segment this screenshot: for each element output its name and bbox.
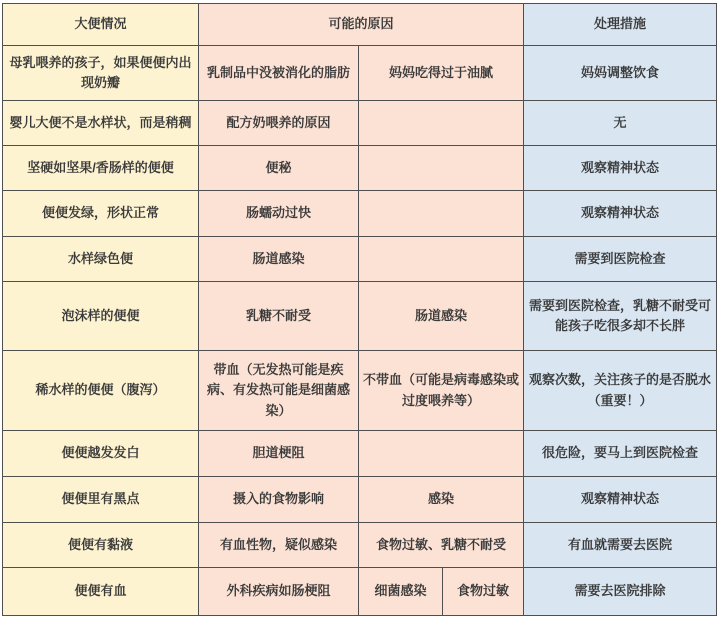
cell-situation: 便便里有黑点 [3,477,199,523]
cell-situation: 坚硬如坚果/香肠样的便便 [3,146,199,191]
cell-cause-2: 不带血（可能是病毒感染或过度喂养等） [359,351,524,431]
cell-action: 无 [524,101,717,146]
header-cause: 可能的原因 [199,4,524,46]
table-row: 便便有血 外科疾病如肠梗阻 细菌感染 食物过敏 需要去医院排除 [3,568,717,616]
page-background: 大便情况 可能的原因 处理措施 母乳喂养的孩子，如果便便内出现奶瓣 乳制品中没被… [0,0,720,621]
cell-cause-1: 胆道梗阻 [199,431,359,477]
cell-cause-1: 乳糖不耐受 [199,282,359,351]
cell-cause-3: 食物过敏 [443,568,524,616]
cell-cause-1: 有血性物，疑似感染 [199,523,359,568]
stool-reference-table: 大便情况 可能的原因 处理措施 母乳喂养的孩子，如果便便内出现奶瓣 乳制品中没被… [2,3,717,616]
table-row: 便便发绿，形状正常 肠蠕动过快 观察精神状态 [3,191,717,237]
cell-cause-1: 乳制品中没被消化的脂肪 [199,46,359,101]
table-row: 泡沫样的便便 乳糖不耐受 肠道感染 需要到医院检查，乳糖不耐受可能孩子吃很多却不… [3,282,717,351]
cell-situation: 稀水样的便便（腹泻） [3,351,199,431]
cell-situation: 便便有黏液 [3,523,199,568]
table-row: 便便里有黑点 摄入的食物影响 感染 观察精神状态 [3,477,717,523]
cell-action: 需要到医院检查，乳糖不耐受可能孩子吃很多却不长胖 [524,282,717,351]
cell-action: 需要到医院检查 [524,237,717,282]
cell-situation: 泡沫样的便便 [3,282,199,351]
cell-cause-1: 便秘 [199,146,359,191]
cell-situation: 便便越发发白 [3,431,199,477]
cell-cause-2 [359,431,524,477]
cell-action: 妈妈调整饮食 [524,46,717,101]
cell-situation: 婴儿大便不是水样状，而是稍稠 [3,101,199,146]
cell-cause-2: 肠道感染 [359,282,524,351]
cell-cause-2: 妈妈吃得过于油腻 [359,46,524,101]
cell-cause-2 [359,146,524,191]
cell-cause-1: 带血（无发热可能是疾病、有发热可能是细菌感染） [199,351,359,431]
cell-cause-2 [359,191,524,237]
cell-action: 观察精神状态 [524,191,717,237]
cell-situation: 便便有血 [3,568,199,616]
cell-cause-1: 摄入的食物影响 [199,477,359,523]
table-row: 水样绿色便 肠道感染 需要到医院检查 [3,237,717,282]
table-row: 婴儿大便不是水样状，而是稍稠 配方奶喂养的原因 无 [3,101,717,146]
cell-cause-2 [359,101,524,146]
header-action: 处理措施 [524,4,717,46]
header-situation: 大便情况 [3,4,199,46]
table-row: 母乳喂养的孩子，如果便便内出现奶瓣 乳制品中没被消化的脂肪 妈妈吃得过于油腻 妈… [3,46,717,101]
cell-action: 观察次数，关注孩子的是否脱水（重要！） [524,351,717,431]
header-row: 大便情况 可能的原因 处理措施 [3,4,717,46]
cell-cause-2: 感染 [359,477,524,523]
cell-cause-1: 外科疾病如肠梗阻 [199,568,359,616]
table-row: 稀水样的便便（腹泻） 带血（无发热可能是疾病、有发热可能是细菌感染） 不带血（可… [3,351,717,431]
cell-cause-2: 食物过敏、乳糖不耐受 [359,523,524,568]
cell-cause-1: 配方奶喂养的原因 [199,101,359,146]
cell-action: 观察精神状态 [524,146,717,191]
cell-cause-2 [359,237,524,282]
cell-cause-2: 细菌感染 [359,568,443,616]
table-row: 便便越发发白 胆道梗阻 很危险，要马上到医院检查 [3,431,717,477]
table-row: 便便有黏液 有血性物，疑似感染 食物过敏、乳糖不耐受 有血就需要去医院 [3,523,717,568]
cell-action: 很危险，要马上到医院检查 [524,431,717,477]
cell-cause-1: 肠蠕动过快 [199,191,359,237]
cell-situation: 水样绿色便 [3,237,199,282]
cell-cause-1: 肠道感染 [199,237,359,282]
cell-situation: 便便发绿，形状正常 [3,191,199,237]
cell-action: 观察精神状态 [524,477,717,523]
cell-situation: 母乳喂养的孩子，如果便便内出现奶瓣 [3,46,199,101]
cell-action: 需要去医院排除 [524,568,717,616]
table-row: 坚硬如坚果/香肠样的便便 便秘 观察精神状态 [3,146,717,191]
cell-action: 有血就需要去医院 [524,523,717,568]
